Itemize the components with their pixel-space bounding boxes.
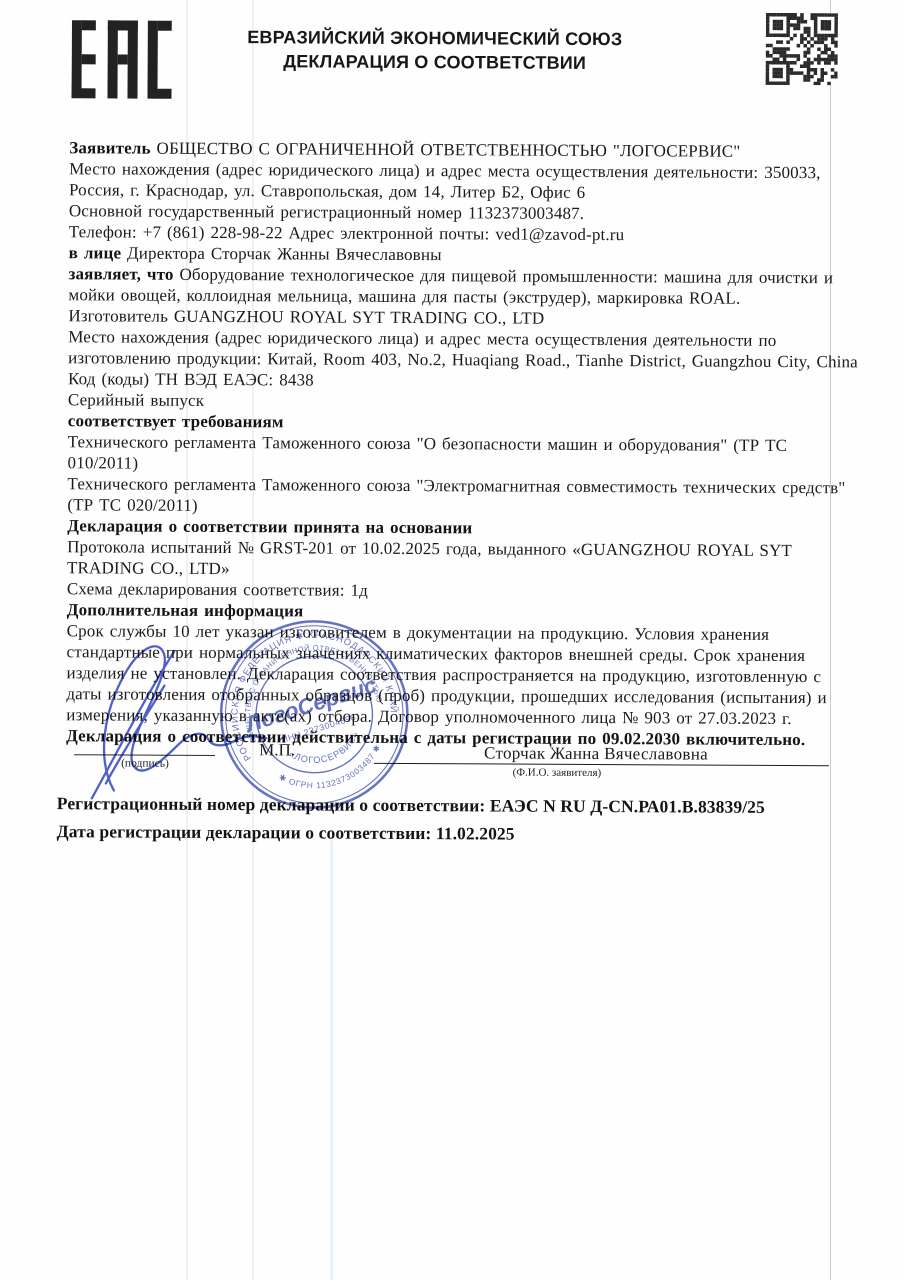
title-line-declaration: ДЕКЛАРАЦИЯ О СООТВЕТСТВИИ: [152, 49, 718, 76]
qr-code-icon: [766, 13, 838, 85]
title-line-union: ЕВРАЗИЙСКИЙ ЭКОНОМИЧЕСКИЙ СОЮЗ: [152, 25, 718, 52]
declarant-name: Сторчак Жанна Вячеславовна: [416, 743, 776, 765]
signature-scribble-icon: [76, 623, 307, 809]
registration-date-line: Дата регистрации декларации о соответств…: [57, 821, 515, 844]
document-content: ЕВРАЗИЙСКИЙ ЭКОНОМИЧЕСКИЙ СОЮЗ ДЕКЛАРАЦИ…: [0, 0, 904, 1280]
document-title: ЕВРАЗИЙСКИЙ ЭКОНОМИЧЕСКИЙ СОЮЗ ДЕКЛАРАЦИ…: [152, 25, 718, 76]
scanned-declaration-page: ЕВРАЗИЙСКИЙ ЭКОНОМИЧЕСКИЙ СОЮЗ ДЕКЛАРАЦИ…: [0, 0, 904, 1280]
registration-number-value: ЕАЭС N RU Д-CN.РА01.В.83839/25: [490, 795, 765, 816]
doc-line: Технического регламента Таможенного союз…: [68, 431, 858, 456]
registration-date-label: Дата регистрации декларации о соответств…: [57, 821, 436, 843]
registration-date-value: 11.02.2025: [436, 823, 515, 843]
declarant-caption: (Ф.И.О. заявителя): [451, 766, 663, 779]
